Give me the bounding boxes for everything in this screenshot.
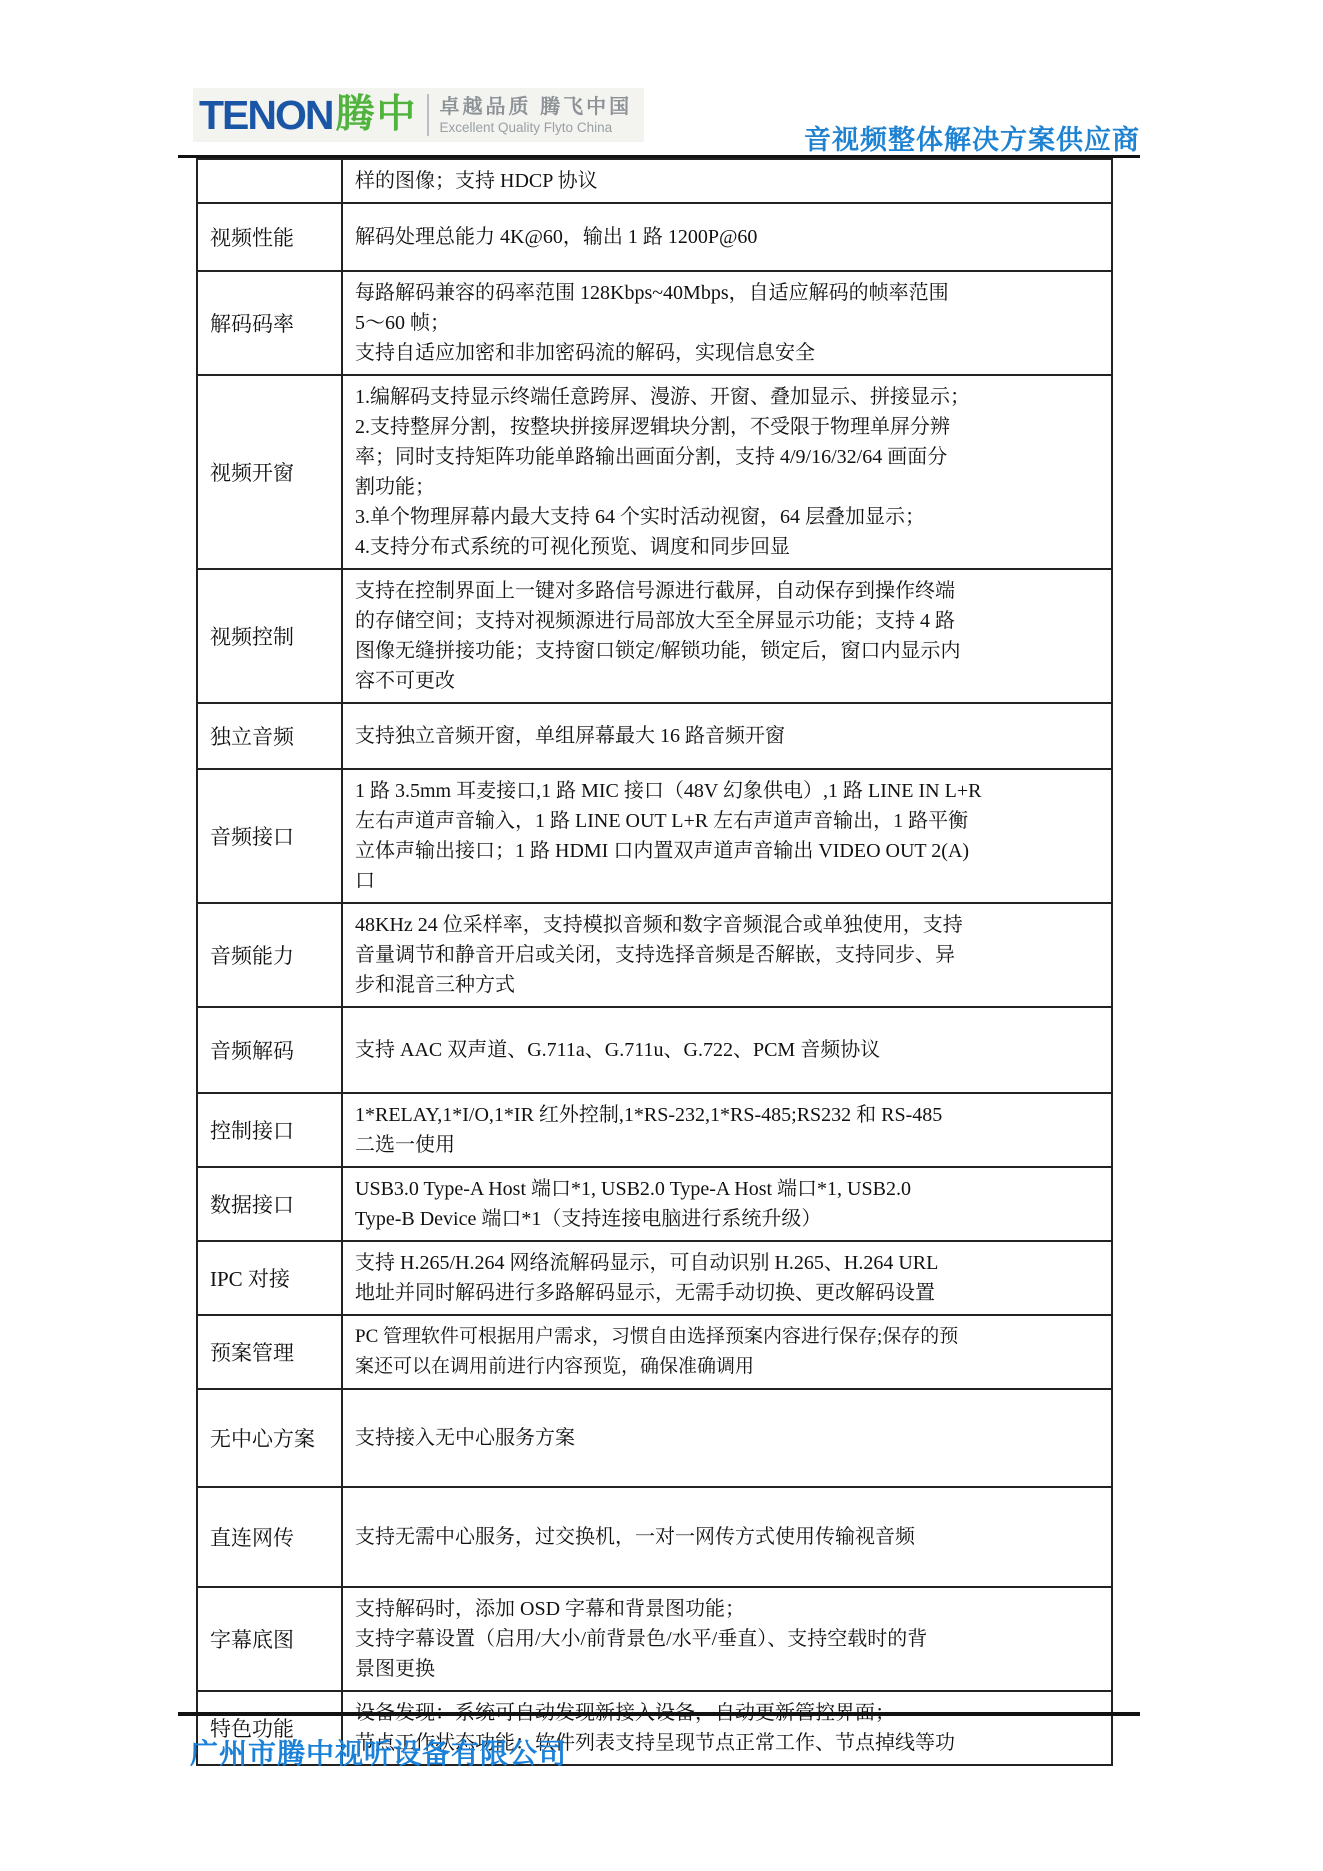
spec-content: 支持解码时，添加 OSD 字幕和背景图功能； 支持字幕设置（启用/大小/前背景色… (342, 1587, 1112, 1691)
spec-label: IPC 对接 (197, 1241, 342, 1315)
table-row: 视频开窗1.编解码支持显示终端任意跨屏、漫游、开窗、叠加显示、拼接显示； 2.支… (197, 375, 1112, 569)
spec-content: 1*RELAY,1*I/O,1*IR 红外控制,1*RS-232,1*RS-48… (342, 1093, 1112, 1167)
spec-label: 视频控制 (197, 569, 342, 703)
spec-content: 支持无需中心服务，过交换机，一对一网传方式使用传输视音频 (342, 1487, 1112, 1587)
spec-content: PC 管理软件可根据用户需求，习惯自由选择预案内容进行保存;保存的预 案还可以在… (342, 1315, 1112, 1389)
spec-label: 视频性能 (197, 203, 342, 271)
spec-label: 解码码率 (197, 271, 342, 375)
spec-table: 样的图像；支持 HDCP 协议视频性能解码处理总能力 4K@60，输出 1 路 … (196, 158, 1113, 1766)
spec-content: 支持在控制界面上一键对多路信号源进行截屏，自动保存到操作终端 的存储空间；支持对… (342, 569, 1112, 703)
spec-label: 字幕底图 (197, 1587, 342, 1691)
header-slogan: 音视频整体解决方案供应商 (804, 118, 1140, 157)
spec-label: 音频接口 (197, 769, 342, 903)
spec-content: 样的图像；支持 HDCP 协议 (342, 159, 1112, 203)
spec-content: 1 路 3.5mm 耳麦接口,1 路 MIC 接口（48V 幻象供电）,1 路 … (342, 769, 1112, 903)
spec-content: 支持接入无中心服务方案 (342, 1389, 1112, 1487)
table-row: IPC 对接支持 H.265/H.264 网络流解码显示，可自动识别 H.265… (197, 1241, 1112, 1315)
spec-content: 解码处理总能力 4K@60，输出 1 路 1200P@60 (342, 203, 1112, 271)
footer-company-name: 广州市腾中视听设备有限公司 (190, 1732, 567, 1772)
table-row: 控制接口1*RELAY,1*I/O,1*IR 红外控制,1*RS-232,1*R… (197, 1093, 1112, 1167)
logo-brand-en: TENON (199, 93, 333, 137)
table-row: 样的图像；支持 HDCP 协议 (197, 159, 1112, 203)
table-row: 解码码率每路解码兼容的码率范围 128Kbps~40Mbps，自适应解码的帧率范… (197, 271, 1112, 375)
logo-taglines: 卓越品质 腾飞中国 Excellent Quality Flyto China (440, 95, 633, 136)
table-row: 数据接口USB3.0 Type-A Host 端口*1, USB2.0 Type… (197, 1167, 1112, 1241)
table-row: 字幕底图支持解码时，添加 OSD 字幕和背景图功能； 支持字幕设置（启用/大小/… (197, 1587, 1112, 1691)
spec-label: 控制接口 (197, 1093, 342, 1167)
table-row: 音频解码支持 AAC 双声道、G.711a、G.711u、G.722、PCM 音… (197, 1007, 1112, 1093)
logo-brand-cn: 腾中 (336, 93, 418, 137)
table-row: 无中心方案支持接入无中心服务方案 (197, 1389, 1112, 1487)
spec-content: 支持 H.265/H.264 网络流解码显示，可自动识别 H.265、H.264… (342, 1241, 1112, 1315)
table-row: 独立音频支持独立音频开窗，单组屏幕最大 16 路音频开窗 (197, 703, 1112, 769)
spec-content: USB3.0 Type-A Host 端口*1, USB2.0 Type-A H… (342, 1167, 1112, 1241)
logo-tagline-cn: 卓越品质 腾飞中国 (440, 95, 633, 119)
spec-label: 直连网传 (197, 1487, 342, 1587)
spec-content: 1.编解码支持显示终端任意跨屏、漫游、开窗、叠加显示、拼接显示； 2.支持整屏分… (342, 375, 1112, 569)
spec-label: 视频开窗 (197, 375, 342, 569)
spec-label: 音频解码 (197, 1007, 342, 1093)
spec-content: 支持独立音频开窗，单组屏幕最大 16 路音频开窗 (342, 703, 1112, 769)
table-row: 音频能力48KHz 24 位采样率，支持模拟音频和数字音频混合或单独使用，支持 … (197, 903, 1112, 1007)
spec-label: 音频能力 (197, 903, 342, 1007)
company-logo: TENON 腾中 卓越品质 腾飞中国 Excellent Quality Fly… (193, 88, 644, 142)
spec-label: 预案管理 (197, 1315, 342, 1389)
spec-label: 数据接口 (197, 1167, 342, 1241)
spec-content: 支持 AAC 双声道、G.711a、G.711u、G.722、PCM 音频协议 (342, 1007, 1112, 1093)
table-row: 视频控制支持在控制界面上一键对多路信号源进行截屏，自动保存到操作终端 的存储空间… (197, 569, 1112, 703)
table-row: 预案管理PC 管理软件可根据用户需求，习惯自由选择预案内容进行保存;保存的预 案… (197, 1315, 1112, 1389)
spec-label (197, 159, 342, 203)
spec-content: 每路解码兼容的码率范围 128Kbps~40Mbps，自适应解码的帧率范围 5～… (342, 271, 1112, 375)
table-row: 直连网传支持无需中心服务，过交换机，一对一网传方式使用传输视音频 (197, 1487, 1112, 1587)
spec-table-body: 样的图像；支持 HDCP 协议视频性能解码处理总能力 4K@60，输出 1 路 … (197, 159, 1112, 1765)
logo-divider (427, 94, 429, 136)
table-row: 音频接口1 路 3.5mm 耳麦接口,1 路 MIC 接口（48V 幻象供电）,… (197, 769, 1112, 903)
footer-rule (178, 1712, 1140, 1716)
spec-content: 48KHz 24 位采样率，支持模拟音频和数字音频混合或单独使用，支持 音量调节… (342, 903, 1112, 1007)
spec-label: 独立音频 (197, 703, 342, 769)
logo-tagline-en: Excellent Quality Flyto China (440, 119, 633, 136)
table-row: 视频性能解码处理总能力 4K@60，输出 1 路 1200P@60 (197, 203, 1112, 271)
spec-label: 无中心方案 (197, 1389, 342, 1487)
